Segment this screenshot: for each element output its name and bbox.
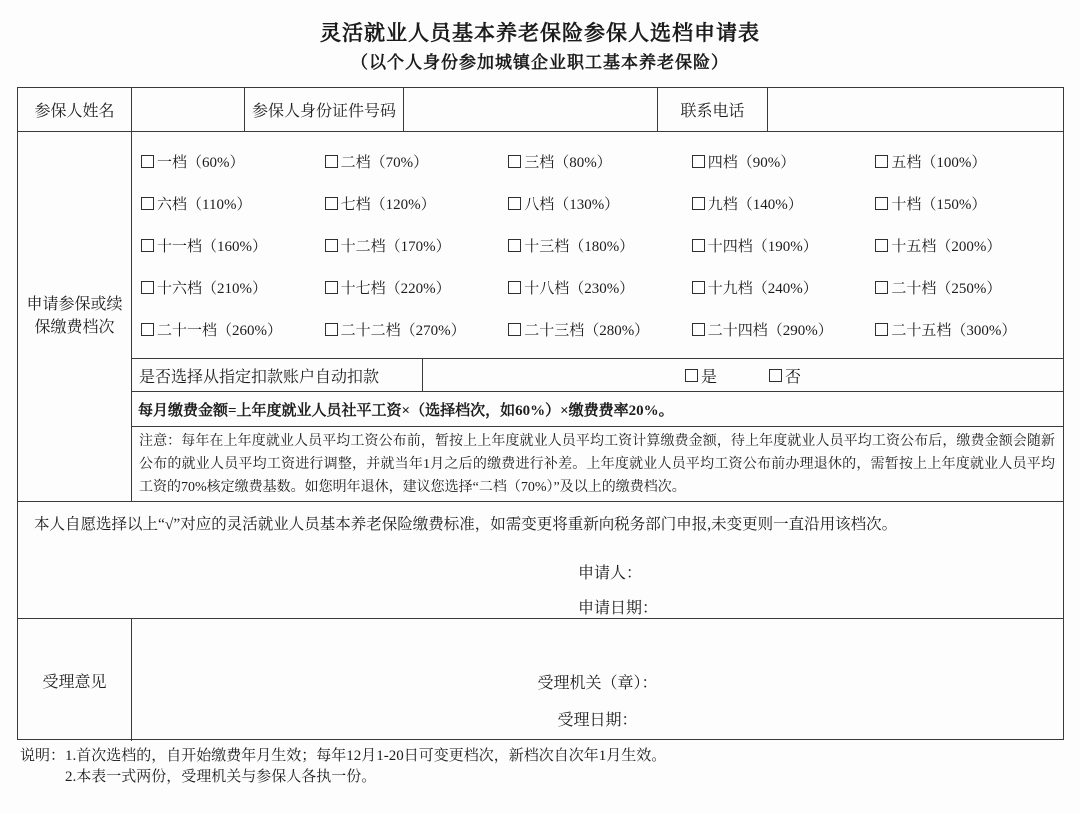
footnote-items: 1.首次选档的，自开始缴费年月生效；每年12月1-20日可变更档次，新档次自次年… bbox=[65, 746, 666, 788]
acceptance-date-line: 受理日期： bbox=[132, 707, 1063, 730]
id-value-cell[interactable] bbox=[403, 88, 657, 131]
tier-option[interactable]: 十二档（170%） bbox=[325, 235, 509, 256]
tier-row-label: 申请参保或续保缴费档次 bbox=[18, 132, 131, 501]
footnote-item: 1.首次选档的，自开始缴费年月生效；每年12月1-20日可变更档次，新档次自次年… bbox=[65, 746, 666, 767]
tier-label: 七档（120%） bbox=[341, 193, 436, 214]
tier-label: 二十二档（270%） bbox=[341, 319, 466, 340]
auto-deduct-options: 是 否 bbox=[422, 359, 1063, 391]
note-row: 注意：每年在上年度就业人员平均工资公布前，暂按上上年度就业人员平均工资计算缴费金… bbox=[132, 426, 1063, 501]
checkbox-icon[interactable] bbox=[685, 369, 698, 382]
tier-label: 十三档（180%） bbox=[524, 235, 634, 256]
checkbox-icon[interactable] bbox=[692, 197, 705, 210]
tier-label: 十七档（220%） bbox=[341, 277, 451, 298]
tier-option[interactable]: 六档（110%） bbox=[141, 193, 325, 214]
checkbox-icon[interactable] bbox=[141, 239, 154, 252]
declaration-text: 本人自愿选择以上“√”对应的灵活就业人员基本养老保险缴费标准，如需变更将重新向税… bbox=[34, 512, 1053, 534]
tier-label: 十四档（190%） bbox=[708, 235, 818, 256]
tier-label: 八档（130%） bbox=[524, 193, 619, 214]
acceptance-main-cell: 受理机关（章）： 受理日期： bbox=[131, 619, 1063, 741]
tier-label: 二十档（250%） bbox=[891, 277, 1001, 298]
tier-label: 二十三档（280%） bbox=[524, 319, 649, 340]
note-text: 注意：每年在上年度就业人员平均工资公布前，暂按上上年度就业人员平均工资计算缴费金… bbox=[139, 434, 1055, 495]
acceptance-label: 受理意见 bbox=[18, 619, 131, 741]
tier-label: 十八档（230%） bbox=[524, 277, 634, 298]
auto-deduct-question: 是否选择从指定扣款账户自动扣款 bbox=[132, 359, 422, 391]
name-label-cell: 参保人姓名 bbox=[18, 88, 131, 131]
checkbox-icon[interactable] bbox=[508, 239, 521, 252]
checkbox-icon[interactable] bbox=[508, 281, 521, 294]
tier-option[interactable]: 十九档（240%） bbox=[692, 277, 876, 298]
tier-option[interactable]: 十五档（200%） bbox=[875, 235, 1059, 256]
phone-label-cell: 联系电话 bbox=[657, 88, 767, 131]
tier-main-cell: 一档（60%）二档（70%）三档（80%）四档（90%）五档（100%）六档（1… bbox=[131, 132, 1063, 501]
checkbox-icon[interactable] bbox=[325, 197, 338, 210]
tier-label: 二档（70%） bbox=[341, 151, 429, 172]
tier-label: 九档（140%） bbox=[708, 193, 803, 214]
formula-text: 每月缴费金额=上年度就业人员社平工资×（选择档次，如60%）×缴费费率20%。 bbox=[138, 399, 674, 420]
checkbox-icon[interactable] bbox=[508, 323, 521, 336]
auto-deduct-yes-option[interactable]: 是 bbox=[685, 364, 717, 387]
tier-label: 十九档（240%） bbox=[708, 277, 818, 298]
declaration-row: 本人自愿选择以上“√”对应的灵活就业人员基本养老保险缴费标准，如需变更将重新向税… bbox=[18, 501, 1063, 618]
tier-label: 一档（60%） bbox=[157, 151, 245, 172]
tier-option[interactable]: 九档（140%） bbox=[692, 193, 876, 214]
footnotes: 说明： 1.首次选档的，自开始缴费年月生效；每年12月1-20日可变更档次，新档… bbox=[20, 746, 666, 788]
tier-option[interactable]: 二十二档（270%） bbox=[325, 319, 509, 340]
tier-option[interactable]: 二十五档（300%） bbox=[875, 319, 1059, 340]
tier-option[interactable]: 二十三档（280%） bbox=[508, 319, 692, 340]
checkbox-icon[interactable] bbox=[508, 155, 521, 168]
checkbox-icon[interactable] bbox=[508, 197, 521, 210]
tier-option[interactable]: 十八档（230%） bbox=[508, 277, 692, 298]
checkbox-icon[interactable] bbox=[325, 281, 338, 294]
header-row: 参保人姓名 参保人身份证件号码 联系电话 bbox=[18, 88, 1063, 131]
form-table: 参保人姓名 参保人身份证件号码 联系电话 申请参保或续保缴费档次 一档（60%）… bbox=[17, 87, 1064, 740]
id-label-cell: 参保人身份证件号码 bbox=[244, 88, 403, 131]
applicant-line: 申请人： bbox=[578, 560, 642, 583]
auto-deduct-no-option[interactable]: 否 bbox=[769, 364, 801, 387]
tier-grid: 一档（60%）二档（70%）三档（80%）四档（90%）五档（100%）六档（1… bbox=[132, 132, 1063, 358]
checkbox-icon[interactable] bbox=[325, 239, 338, 252]
tier-option[interactable]: 八档（130%） bbox=[508, 193, 692, 214]
yes-label: 是 bbox=[701, 364, 717, 387]
tier-option[interactable]: 十三档（180%） bbox=[508, 235, 692, 256]
tier-option[interactable]: 二十一档（260%） bbox=[141, 319, 325, 340]
tier-option[interactable]: 十档（150%） bbox=[875, 193, 1059, 214]
checkbox-icon[interactable] bbox=[692, 155, 705, 168]
tier-label: 四档（90%） bbox=[708, 151, 796, 172]
tier-option[interactable]: 二十四档（290%） bbox=[692, 319, 876, 340]
tier-option[interactable]: 一档（60%） bbox=[141, 151, 325, 172]
formula-row: 每月缴费金额=上年度就业人员社平工资×（选择档次，如60%）×缴费费率20%。 bbox=[132, 391, 1063, 426]
tier-option[interactable]: 二档（70%） bbox=[325, 151, 509, 172]
checkbox-icon[interactable] bbox=[875, 323, 888, 336]
checkbox-icon[interactable] bbox=[692, 323, 705, 336]
tier-option[interactable]: 十一档（160%） bbox=[141, 235, 325, 256]
checkbox-icon[interactable] bbox=[141, 281, 154, 294]
tier-option[interactable]: 七档（120%） bbox=[325, 193, 509, 214]
tier-option[interactable]: 五档（100%） bbox=[875, 151, 1059, 172]
checkbox-icon[interactable] bbox=[692, 239, 705, 252]
tier-label: 十一档（160%） bbox=[157, 235, 267, 256]
acceptance-row: 受理意见 受理机关（章）： 受理日期： bbox=[18, 618, 1063, 741]
tier-row: 申请参保或续保缴费档次 一档（60%）二档（70%）三档（80%）四档（90%）… bbox=[18, 131, 1063, 501]
tier-option[interactable]: 二十档（250%） bbox=[875, 277, 1059, 298]
tier-label: 十六档（210%） bbox=[157, 277, 267, 298]
application-date-line: 申请日期： bbox=[578, 595, 658, 618]
checkbox-icon[interactable] bbox=[141, 155, 154, 168]
tier-label: 二十一档（260%） bbox=[157, 319, 282, 340]
tier-option[interactable]: 三档（80%） bbox=[508, 151, 692, 172]
footnote-item: 2.本表一式两份，受理机关与参保人各执一份。 bbox=[65, 767, 666, 788]
checkbox-icon[interactable] bbox=[325, 323, 338, 336]
checkbox-icon[interactable] bbox=[875, 239, 888, 252]
footnotes-label: 说明： bbox=[20, 746, 65, 788]
no-label: 否 bbox=[785, 364, 801, 387]
tier-label: 二十四档（290%） bbox=[708, 319, 833, 340]
checkbox-icon[interactable] bbox=[875, 197, 888, 210]
checkbox-icon[interactable] bbox=[141, 197, 154, 210]
tier-label: 十档（150%） bbox=[891, 193, 986, 214]
checkbox-icon[interactable] bbox=[875, 281, 888, 294]
checkbox-icon[interactable] bbox=[692, 281, 705, 294]
page-subtitle: （以个人身份参加城镇企业职工基本养老保险） bbox=[0, 48, 1080, 73]
auto-deduct-row: 是否选择从指定扣款账户自动扣款 是 否 bbox=[132, 358, 1063, 391]
tier-label: 三档（80%） bbox=[524, 151, 612, 172]
tier-option[interactable]: 四档（90%） bbox=[692, 151, 876, 172]
tier-label: 二十五档（300%） bbox=[891, 319, 1016, 340]
tier-option[interactable]: 十七档（220%） bbox=[325, 277, 509, 298]
phone-value-cell[interactable] bbox=[767, 88, 1063, 131]
checkbox-icon[interactable] bbox=[141, 323, 154, 336]
checkbox-icon[interactable] bbox=[325, 155, 338, 168]
checkbox-icon[interactable] bbox=[769, 369, 782, 382]
tier-option[interactable]: 十四档（190%） bbox=[692, 235, 876, 256]
name-value-cell[interactable] bbox=[131, 88, 244, 131]
checkbox-icon[interactable] bbox=[875, 155, 888, 168]
tier-option[interactable]: 十六档（210%） bbox=[141, 277, 325, 298]
tier-label: 五档（100%） bbox=[891, 151, 986, 172]
page-title: 灵活就业人员基本养老保险参保人选档申请表 bbox=[0, 17, 1080, 47]
tier-label: 六档（110%） bbox=[157, 193, 251, 214]
tier-label: 十二档（170%） bbox=[341, 235, 451, 256]
acceptance-org-line: 受理机关（章）： bbox=[132, 670, 1063, 693]
application-form-page: 灵活就业人员基本养老保险参保人选档申请表 （以个人身份参加城镇企业职工基本养老保… bbox=[0, 0, 1080, 813]
tier-label: 十五档（200%） bbox=[891, 235, 1001, 256]
